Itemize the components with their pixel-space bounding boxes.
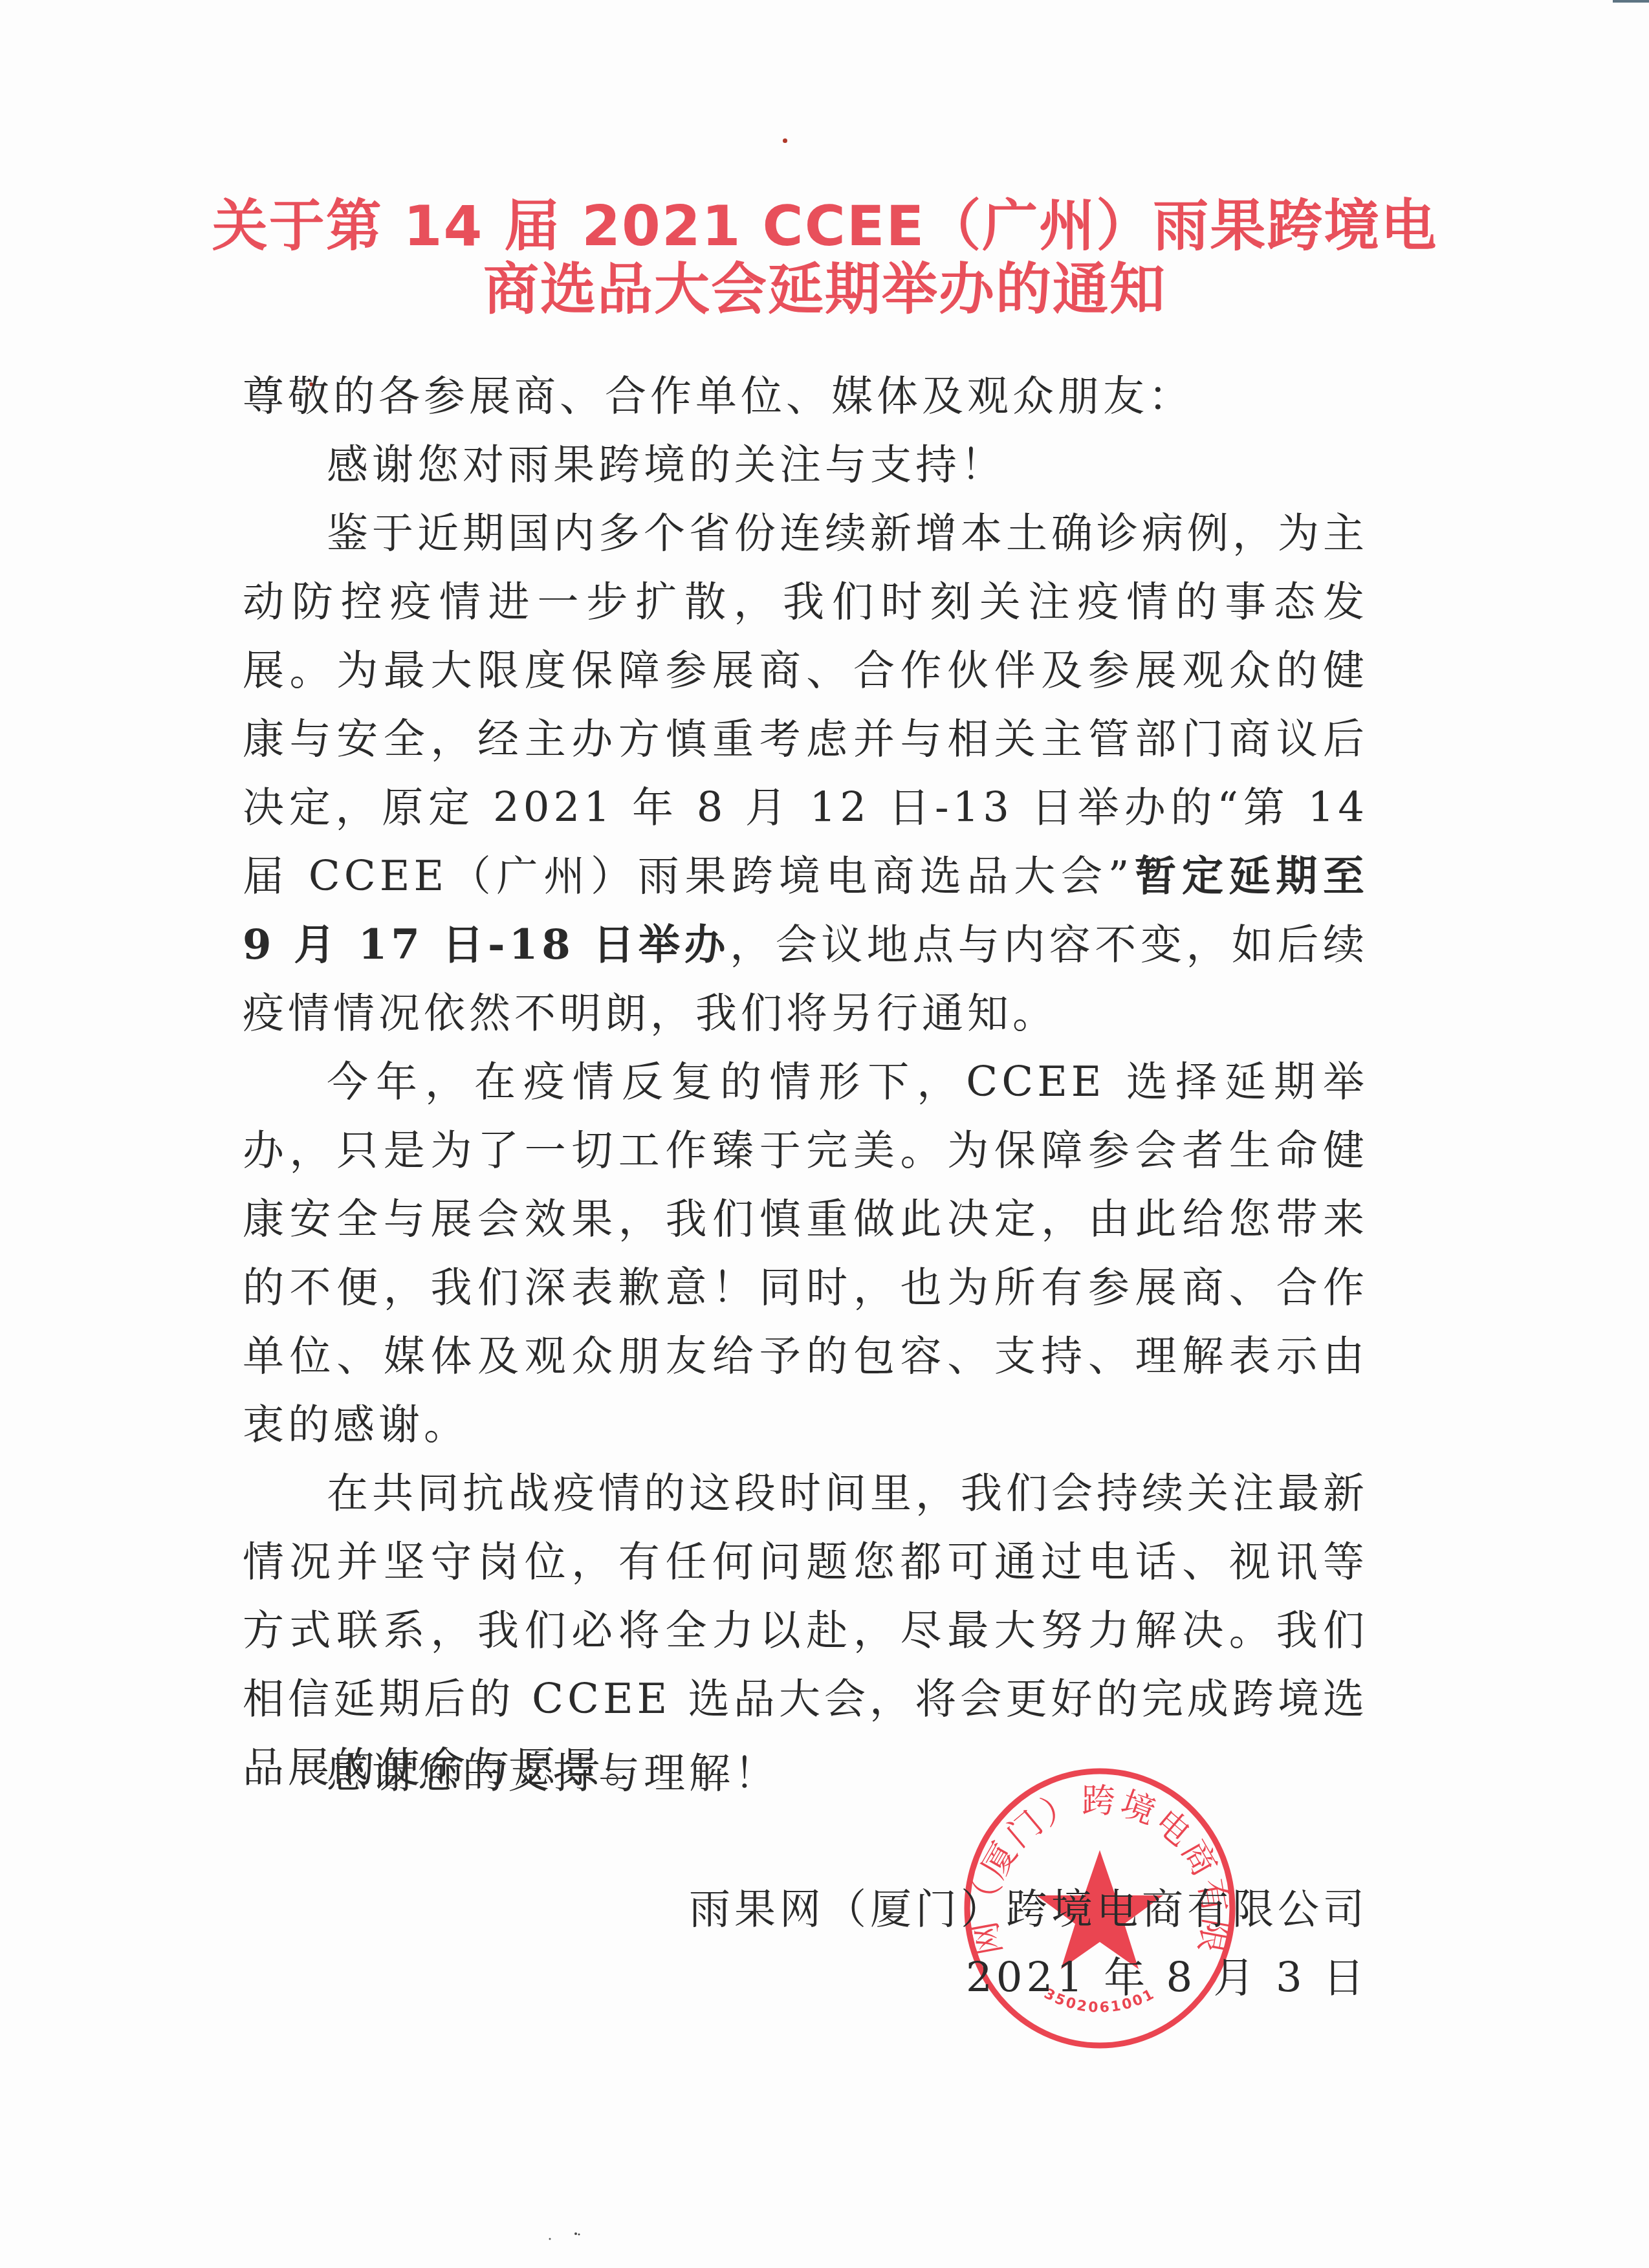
signature-company: 雨果网（厦门）跨境电商有限公司 (689, 1876, 1368, 1935)
postponement-text: 鉴于近期国内多个省份连续新增本土确诊病例，为主动防控疫情进一步扩散，我们时刻关注… (243, 510, 1368, 900)
scan-specks (543, 2232, 582, 2241)
scan-speck (783, 138, 787, 143)
document-page: 关于第 14 届 2021 CCEE（广州）雨果跨境电 商选品大会延期举办的通知… (0, 0, 1649, 2268)
document-title-line-2: 商选品大会延期举办的通知 (194, 257, 1456, 322)
document-title-line-1: 关于第 14 届 2021 CCEE（广州）雨果跨境电 (194, 194, 1456, 259)
salutation: 尊敬的各参展商、合作单位、媒体及观众朋友： (243, 362, 1368, 431)
paragraph-postponement: 鉴于近期国内多个省份连续新增本土确诊病例，为主动防控疫情进一步扩散，我们时刻关注… (243, 499, 1368, 1048)
paragraph-apology: 今年，在疫情反复的情形下，CCEE 选择延期举办，只是为了一切工作臻于完美。为保… (243, 1048, 1368, 1459)
signature-date: 2021 年 8 月 3 日 (966, 1945, 1368, 2004)
paragraph-thanks: 感谢您对雨果跨境的关注与支持！ (243, 431, 1368, 499)
scan-edge-mark (1613, 0, 1649, 3)
closing-line: 感谢您的支持与理解！ (327, 1740, 780, 1800)
document-body: 尊敬的各参展商、合作单位、媒体及观众朋友： 感谢您对雨果跨境的关注与支持！ 鉴于… (243, 362, 1368, 1802)
